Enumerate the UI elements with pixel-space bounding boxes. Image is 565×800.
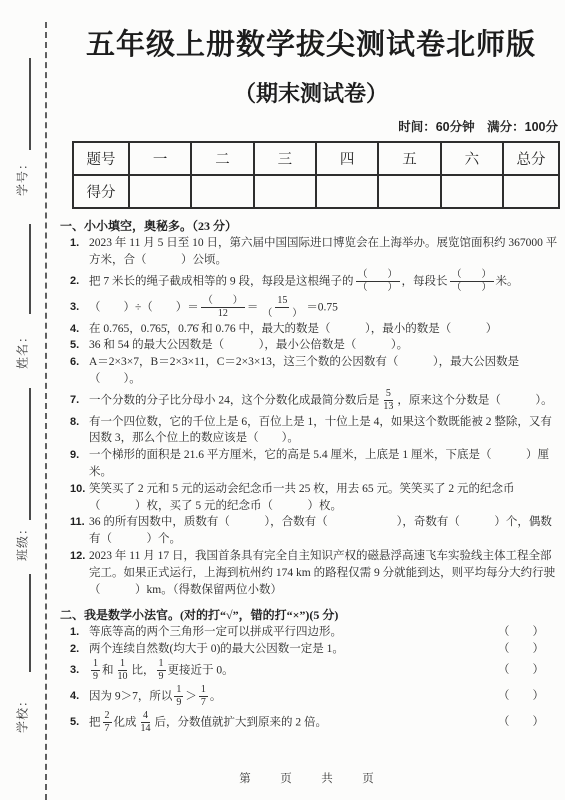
question: 9.一个梯形的面积是 21.6 平方厘米，它的高是 5.4 厘米，上底是 1 厘…: [70, 447, 562, 481]
fraction: （ ）（ ）: [356, 269, 400, 295]
fraction-numerator: 1: [199, 684, 208, 698]
question-text: 36 和 54 的最大公因数是（ ），最小公倍数是（ ）。: [89, 337, 562, 354]
fraction: 19: [91, 658, 100, 684]
score-table-header-cell: 三: [254, 142, 316, 175]
page-subtitle: （期末测试卷）: [60, 77, 562, 108]
question-number: 2.: [70, 641, 89, 657]
question-number: 1.: [70, 624, 89, 640]
question: 5.36 和 54 的最大公因数是（ ），最小公倍数是（ ）。: [70, 337, 562, 354]
question-number: 2.: [70, 273, 89, 289]
fraction-numerator: （ ）: [450, 269, 494, 283]
fraction-numerator: 1: [91, 658, 100, 672]
time-score-info: 时间：60分钟 满分：100分: [60, 117, 562, 135]
question-text: 一个梯形的面积是 21.6 平方厘米，它的高是 5.4 厘米，上底是 1 厘米，…: [89, 447, 562, 481]
question: 5.把27化成414后，分数值就扩大到原来的 2 倍。（ ）: [70, 710, 562, 736]
fraction-denominator: 7: [103, 723, 112, 736]
fraction-numerator: 1: [118, 658, 127, 672]
school-blank-line: [29, 574, 31, 672]
question-number: 11.: [70, 514, 89, 530]
fraction: 19: [157, 658, 166, 684]
question-number: 5.: [70, 337, 89, 353]
question: 3.（ ）÷（ ）＝（ ）12＝15（ ）＝0.75: [70, 295, 562, 321]
fraction-denominator: 9: [157, 671, 166, 684]
question-text: 等底等高的两个三角形一定可以拼成平行四边形。: [89, 624, 490, 641]
question-number: 9.: [70, 447, 89, 463]
score-table-header-cell: 四: [316, 142, 378, 175]
fraction-numerator: 4: [141, 710, 150, 724]
fraction-numerator: 5: [384, 388, 393, 402]
question-number: 6.: [70, 354, 89, 370]
student-id-label: 学号：: [14, 148, 31, 206]
question-number: 3.: [70, 299, 89, 315]
fraction-denominator: 10: [116, 671, 130, 684]
fraction-denominator: 13: [381, 401, 395, 414]
fraction: 15（ ）: [260, 295, 304, 321]
fraction-denominator: （ ）: [356, 282, 400, 295]
question: 11.36 的所有因数中，质数有（ ），合数有（ ），奇数有（ ）个，偶数有（ …: [70, 514, 562, 548]
question-text: 两个连续自然数(均大于 0)的最大公因数一定是 1。: [89, 641, 490, 658]
fraction: 414: [139, 710, 153, 736]
question-text: 2023 年 11 月 17 日，我国首条具有完全自主知识产权的磁悬浮高速飞车实…: [89, 548, 562, 598]
fraction: （ ）（ ）: [450, 269, 494, 295]
binding-dashed-line: [45, 22, 47, 800]
question: 1.等底等高的两个三角形一定可以拼成平行四边形。（ ）: [70, 624, 562, 641]
question: 10.笑笑买了 2 元和 5 元的运动会纪念币一共 25 枚，用去 65 元。笑…: [70, 481, 562, 515]
question-text: 2023 年 11 月 5 日至 10 日，第六届中国国际进口博览会在上海举办。…: [89, 235, 562, 269]
fraction: 513: [381, 388, 395, 414]
question-text: 有一个四位数，它的千位上是 6，百位上是 1，十位上是 4，如果这个数既能被 2…: [89, 414, 562, 448]
name-blank-line: [29, 224, 31, 314]
score-cell: [254, 175, 316, 208]
section-2-questions: 1.等底等高的两个三角形一定可以拼成平行四边形。（ ）2.两个连续自然数(均大于…: [70, 624, 562, 736]
section-1-questions: 1.2023 年 11 月 5 日至 10 日，第六届中国国际进口博览会在上海举…: [70, 235, 562, 598]
question-text: （ ）÷（ ）＝（ ）12＝15（ ）＝0.75: [89, 295, 562, 321]
fraction: 110: [116, 658, 130, 684]
section-2-heading: 二、我是数学小法官。(对的打“√”，错的打“×”)(5 分): [60, 606, 562, 624]
score-table: 题号一二三四五六总分 得分: [72, 141, 560, 209]
fraction-denominator: 9: [174, 697, 183, 710]
score-cell: [378, 175, 440, 208]
score-table-header-cell: 题号: [73, 142, 129, 175]
score-cell: [441, 175, 503, 208]
question-text: 因为 9＞7，所以19＞17。: [89, 684, 490, 710]
question-text: 36 的所有因数中，质数有（ ），合数有（ ），奇数有（ ）个，偶数有（ ）个。: [89, 514, 562, 548]
score-table-score-row: 得分: [73, 175, 559, 208]
question-number: 5.: [70, 714, 89, 730]
score-row-label: 得分: [73, 175, 129, 208]
question: 6.A＝2×3×7，B＝2×3×11，C＝2×3×13，这三个数的公因数有（ ）…: [70, 354, 562, 388]
score-table-header-cell: 一: [129, 142, 191, 175]
question: 2.两个连续自然数(均大于 0)的最大公因数一定是 1。（ ）: [70, 641, 562, 658]
fraction-numerator: 1: [174, 684, 183, 698]
question-text: 把27化成414后，分数值就扩大到原来的 2 倍。: [89, 710, 490, 736]
question-text: A＝2×3×7，B＝2×3×11，C＝2×3×13，这三个数的公因数有（ ），最…: [89, 354, 562, 388]
fraction-denominator: 9: [91, 671, 100, 684]
fraction-numerator: 1: [157, 658, 166, 672]
name-label: 姓名：: [14, 321, 31, 379]
class-label: 班级：: [14, 513, 31, 571]
question: 3.19和110比，19更接近于 0。（ ）: [70, 658, 562, 684]
question-text: 在 0.765，0.7̇65̇，0.7̇6̇ 和 0.76 中，最大的数是（ ）…: [89, 321, 562, 338]
score-table-header-row: 题号一二三四五六总分: [73, 142, 559, 175]
question: 1.2023 年 11 月 5 日至 10 日，第六届中国国际进口博览会在上海举…: [70, 235, 562, 269]
score-cell: [129, 175, 191, 208]
fraction-numerator: 15: [275, 295, 289, 309]
fraction-numerator: （ ）: [356, 269, 400, 283]
question-text: 19和110比，19更接近于 0。: [89, 658, 490, 684]
question-number: 12.: [70, 548, 89, 564]
question: 8.有一个四位数，它的千位上是 6，百位上是 1，十位上是 4，如果这个数既能被…: [70, 414, 562, 448]
fraction-denominator: （ ）: [450, 282, 494, 295]
question-number: 7.: [70, 392, 89, 408]
class-blank-line: [29, 388, 31, 520]
fraction-denominator: 14: [139, 723, 153, 736]
score-cell: [503, 175, 559, 208]
fraction: 17: [199, 684, 208, 710]
question-number: 8.: [70, 414, 89, 430]
school-label: 学校：: [14, 685, 31, 743]
exam-paper-page: { "page": { "title": "五年级上册数学拔尖测试卷北师版", …: [0, 0, 565, 800]
answer-blank: （ ）: [498, 688, 544, 705]
section-1-heading: 一、小小填空，奥秘多。（23 分）: [60, 217, 562, 235]
score-table-header-cell: 二: [191, 142, 253, 175]
answer-blank: （ ）: [498, 662, 544, 679]
fraction-numerator: （ ）: [201, 295, 245, 309]
fraction-denominator: （ ）: [260, 308, 304, 321]
score-cell: [191, 175, 253, 208]
question: 12.2023 年 11 月 17 日，我国首条具有完全自主知识产权的磁悬浮高速…: [70, 548, 562, 598]
question-text: 一个分数的分子比分母小 24，这个分数化成最简分数后是513，原来这个分数是（ …: [89, 388, 562, 414]
page-title: 五年级上册数学拔尖测试卷北师版: [60, 22, 562, 63]
fraction-denominator: 7: [199, 697, 208, 710]
question: 4.因为 9＞7，所以19＞17。（ ）: [70, 684, 562, 710]
fraction: 19: [174, 684, 183, 710]
score-cell: [316, 175, 378, 208]
page-footer: 第 页 共 页: [60, 770, 562, 786]
question: 2.把 7 米长的绳子截成相等的 9 段，每段是这根绳子的（ ）（ ），每段长（…: [70, 269, 562, 295]
question: 7.一个分数的分子比分母小 24，这个分数化成最简分数后是513，原来这个分数是…: [70, 388, 562, 414]
question-number: 3.: [70, 662, 89, 678]
question-number: 1.: [70, 235, 89, 251]
fraction-numerator: 2: [103, 710, 112, 724]
question-number: 4.: [70, 321, 89, 337]
answer-blank: （ ）: [498, 714, 544, 731]
answer-blank: （ ）: [498, 641, 544, 658]
paper-main: 五年级上册数学拔尖测试卷北师版 （期末测试卷） 时间：60分钟 满分：100分 …: [60, 0, 562, 800]
score-table-header-cell: 总分: [503, 142, 559, 175]
score-table-header-cell: 五: [378, 142, 440, 175]
student-id-blank-line: [29, 58, 31, 150]
question-number: 10.: [70, 481, 89, 497]
question: 4.在 0.765，0.7̇65̇，0.7̇6̇ 和 0.76 中，最大的数是（…: [70, 321, 562, 338]
score-table-header-cell: 六: [441, 142, 503, 175]
fraction: 27: [103, 710, 112, 736]
question-number: 4.: [70, 688, 89, 704]
answer-blank: （ ）: [498, 624, 544, 641]
question-text: 把 7 米长的绳子截成相等的 9 段，每段是这根绳子的（ ）（ ），每段长（ ）…: [89, 269, 562, 295]
fraction: （ ）12: [201, 295, 245, 321]
question-text: 笑笑买了 2 元和 5 元的运动会纪念币一共 25 枚，用去 65 元。笑笑买了…: [89, 481, 562, 515]
fraction-denominator: 12: [216, 308, 230, 321]
